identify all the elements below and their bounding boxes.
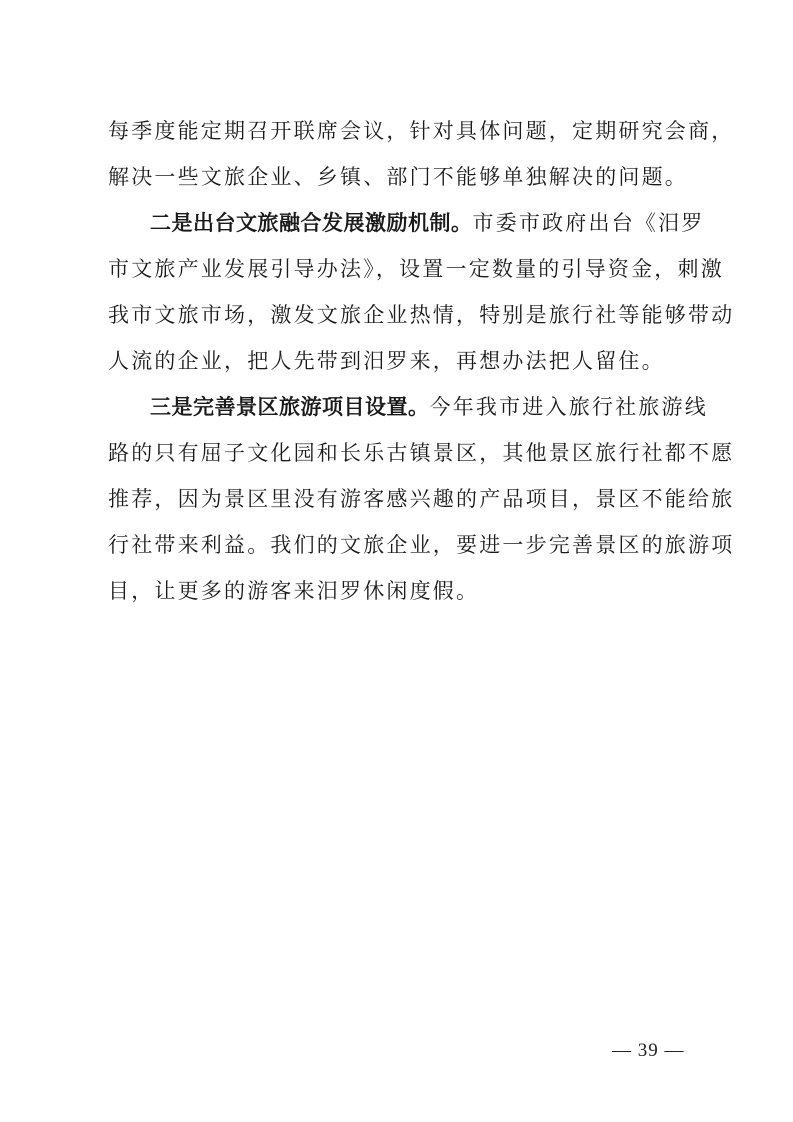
paragraph-1: 每季度能定期召开联席会议，针对具体问题，定期研究会商， 解决一些文旅企业、乡镇、… bbox=[108, 108, 690, 200]
text-line: 三是完善景区旅游项目设置。今年我市进入旅行社旅游线 bbox=[108, 384, 690, 430]
text-line: 市文旅产业发展引导办法》，设置一定数量的引导资金，刺激 bbox=[108, 246, 690, 292]
text-line: 行社带来利益。我们的文旅企业，要进一步完善景区的旅游项 bbox=[108, 522, 690, 568]
text-line: 推荐，因为景区里没有游客感兴趣的产品项目，景区不能给旅 bbox=[108, 476, 690, 522]
text-line: 路的只有屈子文化园和长乐古镇景区，其他景区旅行社都不愿 bbox=[108, 430, 690, 476]
body-text: 每季度能定期召开联席会议，针对具体问题，定期研究会商， 解决一些文旅企业、乡镇、… bbox=[108, 108, 690, 614]
text-line: 我市文旅市场，激发文旅企业热情，特别是旅行社等能够带动 bbox=[108, 292, 690, 338]
text-line: 人流的企业，把人先带到汨罗来，再想办法把人留住。 bbox=[108, 338, 690, 384]
paragraph-3: 三是完善景区旅游项目设置。今年我市进入旅行社旅游线 路的只有屈子文化园和长乐古镇… bbox=[108, 384, 690, 614]
text-line: 目，让更多的游客来汨罗休闲度假。 bbox=[108, 568, 690, 614]
text-line: 解决一些文旅企业、乡镇、部门不能够单独解决的问题。 bbox=[108, 154, 690, 200]
text-span: 市委市政府出台《汨罗 bbox=[473, 211, 705, 235]
text-line: 二是出台文旅融合发展激励机制。市委市政府出台《汨罗 bbox=[108, 200, 690, 246]
text-span: 今年我市进入旅行社旅游线 bbox=[430, 395, 708, 419]
paragraph-heading: 三是完善景区旅游项目设置。 bbox=[150, 395, 430, 419]
page-number: — 39 — bbox=[612, 1040, 685, 1062]
document-page: 每季度能定期召开联席会议，针对具体问题，定期研究会商， 解决一些文旅企业、乡镇、… bbox=[0, 0, 793, 1122]
text-line: 每季度能定期召开联席会议，针对具体问题，定期研究会商， bbox=[108, 108, 690, 154]
paragraph-2: 二是出台文旅融合发展激励机制。市委市政府出台《汨罗 市文旅产业发展引导办法》，设… bbox=[108, 200, 690, 384]
paragraph-heading: 二是出台文旅融合发展激励机制。 bbox=[150, 211, 473, 235]
